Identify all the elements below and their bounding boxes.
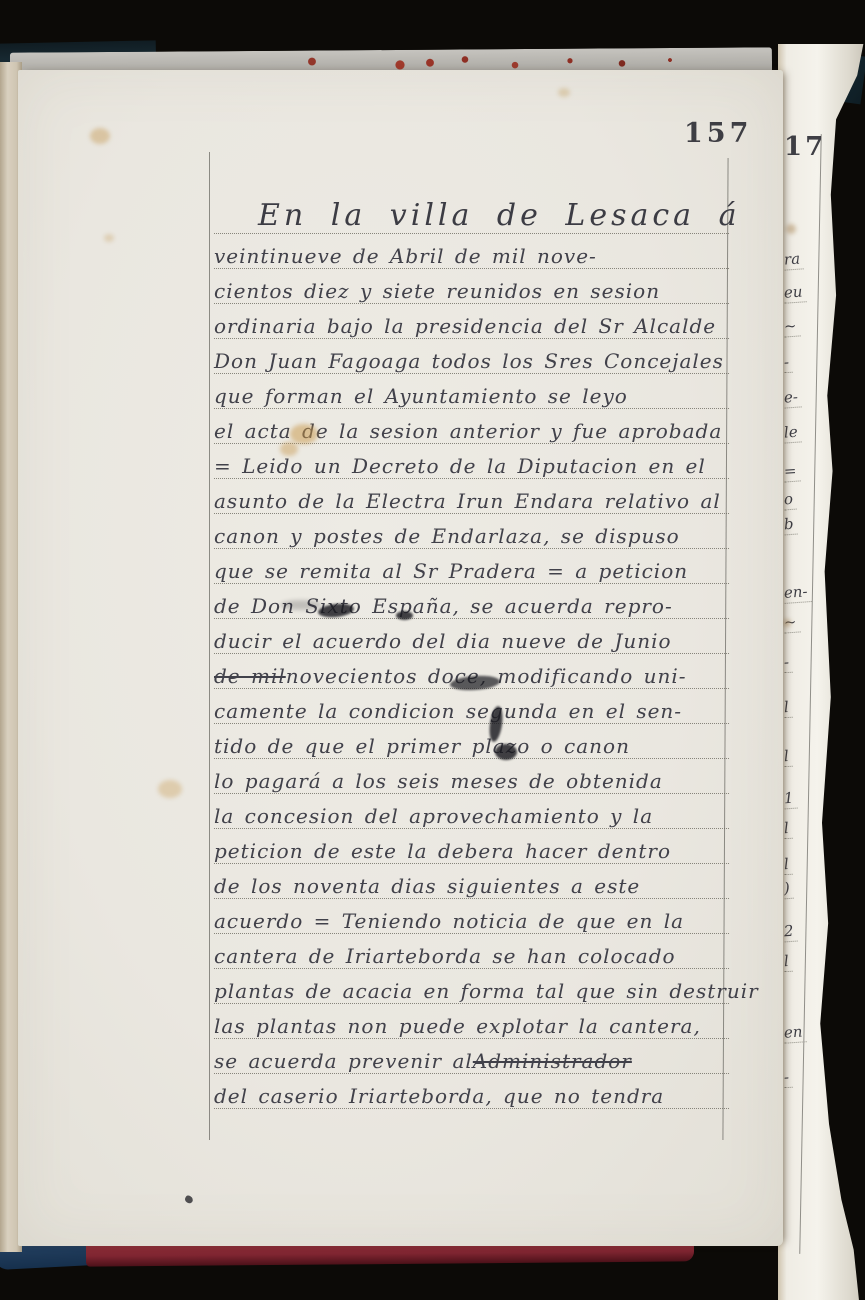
adjacent-text-fragment: ~ — [783, 316, 800, 337]
manuscript-line: ordinaria bajo la presidencia del Sr Alc… — [214, 304, 729, 339]
manuscript-line: Don Juan Fagoaga todos los Sres Concejal… — [214, 339, 729, 374]
photo-backdrop: 17 raeu~-e-le=oben-~-ll1ll)2len- 157 En … — [0, 0, 865, 1300]
fox-spot — [290, 424, 318, 444]
adjacent-text-fragment: 2 — [783, 922, 797, 943]
fox-spot — [558, 88, 570, 97]
adjacent-text-fragment: - — [783, 1068, 792, 1089]
manuscript-line: cantera de Iriarteborda se han colocado — [214, 934, 729, 969]
handwritten-text: de los noventa dias siguientes a este — [214, 876, 640, 896]
struck-text: Administrador — [473, 1051, 632, 1071]
adjacent-text-fragment: l — [783, 819, 792, 839]
manuscript-lines: En la villa de Lesaca áveintinueve de Ab… — [214, 182, 729, 1109]
adjacent-text-fragment: - — [783, 353, 792, 374]
handwritten-text: que forman el Ayuntamiento se leyo — [214, 386, 628, 406]
adjacent-text-fragment: l — [783, 698, 792, 718]
fox-spot — [90, 128, 110, 144]
adjacent-text-fragment: le — [783, 422, 801, 443]
adjacent-text-fragment: en- — [783, 582, 811, 604]
adjacent-text-fragment: ra — [783, 249, 803, 270]
adjacent-text-fragment: l — [783, 747, 792, 767]
handwritten-text: acuerdo = Teniendo noticia de que en la — [214, 911, 684, 931]
handwritten-text: Don Juan Fagoaga todos los Sres Concejal… — [214, 351, 724, 371]
adjacent-stain — [783, 619, 791, 627]
adjacent-text-fragment: eu — [783, 282, 806, 303]
ink-blot — [495, 744, 517, 760]
manuscript-line: del caserio Iriarteborda, que no tendra — [214, 1074, 729, 1109]
manuscript-line: acuerdo = Teniendo noticia de que en la — [214, 899, 729, 934]
adjacent-stain — [786, 224, 796, 234]
handwritten-text: tido de que el primer plazo o canon — [214, 736, 630, 756]
manuscript-line: veintinueve de Abril de mil nove- — [214, 234, 729, 269]
handwritten-text: ordinaria bajo la presidencia del Sr Alc… — [214, 316, 716, 336]
adjacent-text-fragment: l — [783, 952, 792, 972]
manuscript-line: asunto de la Electra Irun Endara relativ… — [214, 479, 729, 514]
handwritten-text: En la villa de Lesaca á — [258, 201, 741, 231]
manuscript-line: tido de que el primer plazo o canon — [214, 724, 729, 759]
page-number: 157 — [684, 118, 752, 149]
adjacent-page-edge: 17 raeu~-e-le=oben-~-ll1ll)2len- — [778, 44, 865, 1300]
handwritten-text: = Leido un Decreto de la Diputacion en e… — [214, 456, 706, 476]
adjacent-text-fragment: l — [783, 855, 792, 875]
adjacent-text-fragment: - — [783, 653, 792, 674]
handwritten-text: asunto de la Electra Irun Endara relativ… — [214, 491, 721, 511]
adjacent-page-number: 17 — [784, 132, 826, 162]
manuscript-line: lo pagará a los seis meses de obtenida — [214, 759, 729, 794]
adjacent-text-fragment: o — [783, 490, 796, 511]
handwritten-text: cientos diez y siete reunidos en sesion — [214, 281, 660, 301]
manuscript-line: cientos diez y siete reunidos en sesion — [214, 269, 729, 304]
handwritten-text: peticion de este la debera hacer dentro — [214, 841, 671, 861]
debris-speck — [184, 1194, 194, 1204]
handwritten-text: se acuerda prevenir al — [214, 1051, 473, 1071]
manuscript-line: que se remita al Sr Pradera = a peticion — [214, 549, 729, 584]
fox-spot — [280, 442, 298, 456]
manuscript-line: las plantas non puede explotar la canter… — [214, 1004, 729, 1039]
handwritten-text: lo pagará a los seis meses de obtenida — [214, 771, 663, 791]
manuscript-line: camente la condicion segunda en el sen- — [214, 689, 729, 724]
manuscript-line: se acuerda prevenir al Administrador — [214, 1039, 729, 1074]
fox-spot — [104, 234, 114, 242]
ink-blot — [280, 600, 322, 610]
manuscript-line: peticion de este la debera hacer dentro — [214, 829, 729, 864]
handwritten-text: plantas de acacia en forma tal que sin d… — [214, 981, 759, 1001]
manuscript-line: la concesion del aprovechamiento y la — [214, 794, 729, 829]
handwritten-text: veintinueve de Abril de mil nove- — [214, 246, 597, 266]
manuscript-line: ducir el acuerdo del dia nueve de Junio — [214, 619, 729, 654]
manuscript-line: que forman el Ayuntamiento se leyo — [214, 374, 729, 409]
margin-rule-left — [209, 152, 210, 1140]
manuscript-line: de los noventa dias siguientes a este — [214, 864, 729, 899]
ink-blot — [396, 611, 413, 620]
manuscript-line: canon y postes de Endarlaza, se dispuso — [214, 514, 729, 549]
struck-text: de mil — [214, 666, 286, 686]
manuscript-line: En la villa de Lesaca á — [214, 182, 729, 234]
adjacent-text-fragment: en — [783, 1022, 806, 1043]
adjacent-text-fragment: b — [783, 515, 797, 536]
manuscript-line: plantas de acacia en forma tal que sin d… — [214, 969, 729, 1004]
handwritten-text: las plantas non puede explotar la canter… — [214, 1016, 701, 1036]
handwritten-text: camente la condicion segunda en el sen- — [214, 701, 682, 721]
handwritten-text: ducir el acuerdo del dia nueve de Junio — [214, 631, 672, 651]
handwritten-text: canon y postes de Endarlaza, se dispuso — [214, 526, 680, 546]
adjacent-text-fragment: e- — [783, 387, 801, 408]
adjacent-text-fragment: 1 — [783, 789, 797, 810]
handwritten-text: cantera de Iriarteborda se han colocado — [214, 946, 676, 966]
manuscript-page: 157 En la villa de Lesaca áveintinueve d… — [18, 70, 783, 1246]
adjacent-text-fragment: ) — [783, 879, 793, 900]
fox-spot — [158, 780, 182, 798]
handwritten-text: del caserio Iriarteborda, que no tendra — [214, 1086, 664, 1106]
handwritten-text: que se remita al Sr Pradera = a peticion — [214, 561, 688, 581]
adjacent-text-fragment: = — [783, 461, 800, 482]
handwritten-text: la concesion del aprovechamiento y la — [214, 806, 653, 826]
